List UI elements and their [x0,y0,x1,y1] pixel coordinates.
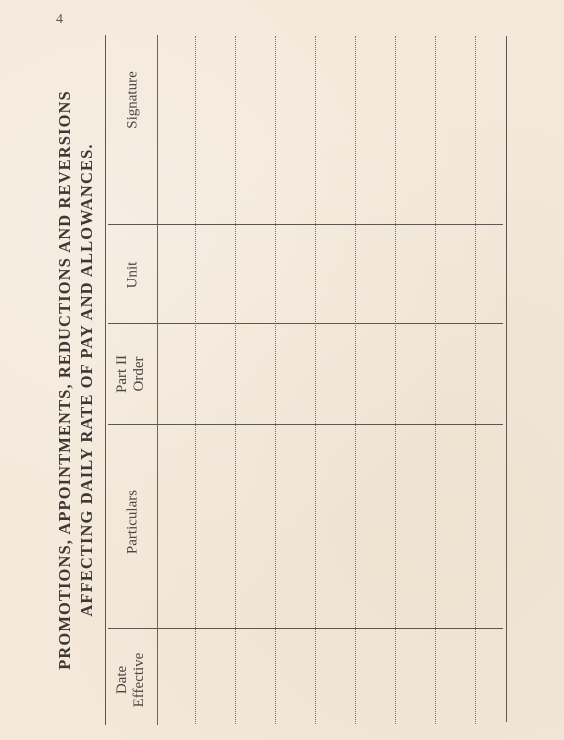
entry-row-line [435,36,436,724]
column-separator-signature-unit [108,224,503,225]
header-column-divider [157,35,158,725]
entry-row-line [275,36,276,724]
column-header-label: Particulars [125,490,142,554]
column-header-label-line-1: Part II [114,355,131,393]
column-header-label-line-2: Effective [131,653,148,708]
entry-row-line [395,36,396,724]
page-title-line-1: PROMOTIONS, APPOINTMENTS, REDUCTIONS AND… [54,90,76,670]
entry-row-line [235,36,236,724]
column-header-label: Signature [125,71,142,129]
column-header-label-line-2: Order [131,355,148,393]
column-separator-unit-order [108,323,503,324]
entry-row-line [195,36,196,724]
entry-row-line [315,36,316,724]
column-separator-particulars-date [108,628,503,629]
table-left-border [105,35,106,725]
page-title: PROMOTIONS, APPOINTMENTS, REDUCTIONS AND… [54,90,98,670]
page-number: 4 [56,12,63,28]
column-header-label: Unit [125,262,142,289]
column-separator-order-particulars [108,424,503,425]
page-title-line-2: AFFECTING DAILY RATE OF PAY AND ALLOWANC… [76,90,98,670]
entry-row-line [475,36,476,724]
entry-row-line [355,36,356,724]
column-header-label-line-1: Date [114,653,131,708]
table-right-border [506,36,507,722]
